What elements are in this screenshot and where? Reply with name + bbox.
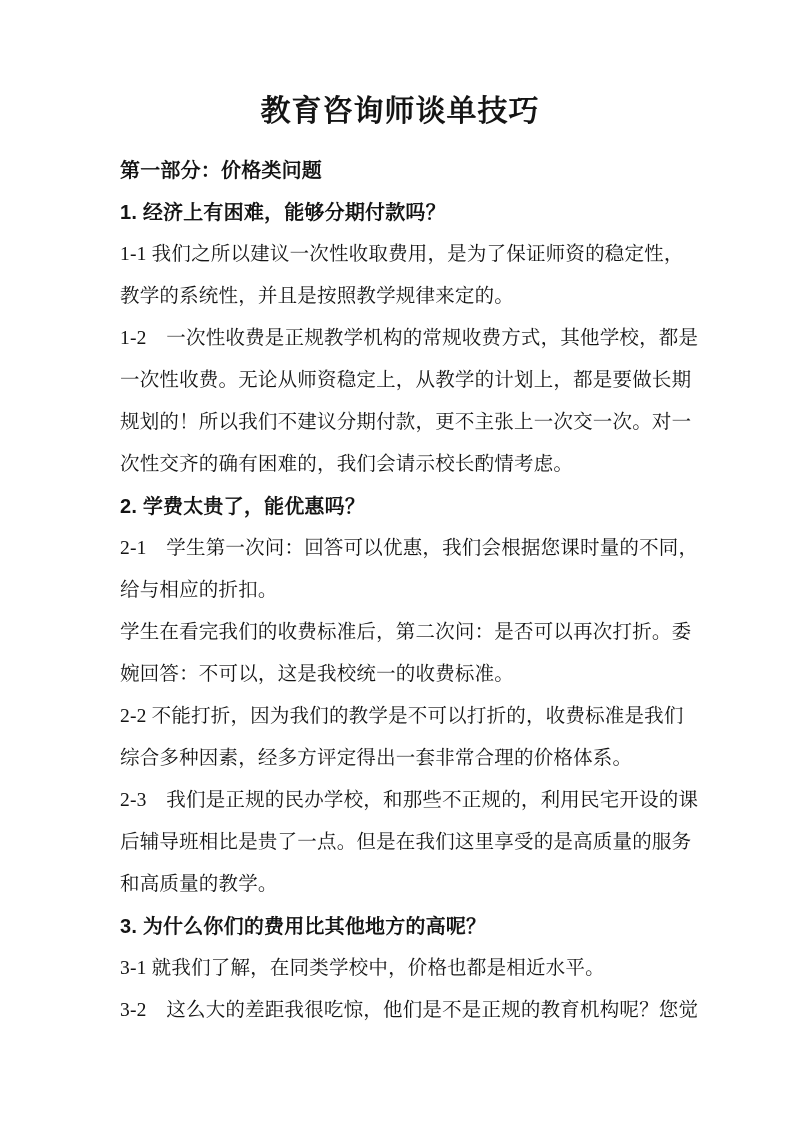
question: 2. 学费太贵了，能优惠吗？ <box>120 486 690 528</box>
section-heading: 第一部分：价格类问题 <box>120 150 690 192</box>
paragraph: 3-1 就我们了解，在同类学校中，价格也都是相近水平。 <box>120 948 690 990</box>
text-line: 给与相应的折扣。 <box>120 570 690 612</box>
question: 3. 为什么你们的费用比其他地方的高呢？ <box>120 906 690 948</box>
text-line: 综合多种因素，经多方评定得出一套非常合理的价格体系。 <box>120 738 690 780</box>
paragraph: 2-2 不能打折，因为我们的教学是不可以打折的，收费标准是我们综合多种因素，经多… <box>120 696 690 780</box>
document-title: 教育咨询师谈单技巧 <box>110 88 690 136</box>
text-line: 一次性收费。无论从师资稳定上，从教学的计划上，都是要做长期 <box>120 360 690 402</box>
text-line: 2-1 学生第一次问：回答可以优惠，我们会根据您课时量的不同， <box>120 528 690 570</box>
text-line: 婉回答：不可以，这是我校统一的收费标准。 <box>120 654 690 696</box>
paragraph: 3-2 这么大的差距我很吃惊，他们是不是正规的教育机构呢？您觉 <box>120 990 690 1032</box>
text-line: 教育咨询师谈单技巧 <box>110 88 690 136</box>
paragraph: 2-1 学生第一次问：回答可以优惠，我们会根据您课时量的不同，给与相应的折扣。 <box>120 528 690 612</box>
paragraph: 1-1 我们之所以建议一次性收取费用，是为了保证师资的稳定性，教学的系统性，并且… <box>120 234 690 318</box>
question: 1. 经济上有困难，能够分期付款吗？ <box>120 192 690 234</box>
text-line: 和高质量的教学。 <box>120 864 690 906</box>
document-content: 教育咨询师谈单技巧第一部分：价格类问题1. 经济上有困难，能够分期付款吗？1-1… <box>0 0 800 1032</box>
text-line: 3-1 就我们了解，在同类学校中，价格也都是相近水平。 <box>120 948 690 990</box>
paragraph: 学生在看完我们的收费标准后，第二次问：是否可以再次打折。委婉回答：不可以，这是我… <box>120 612 690 696</box>
text-line: 规划的！所以我们不建议分期付款，更不主张上一次交一次。对一 <box>120 402 690 444</box>
text-line: 次性交齐的确有困难的，我们会请示校长酌情考虑。 <box>120 444 690 486</box>
text-line: 2-3 我们是正规的民办学校，和那些不正规的，利用民宅开设的课 <box>120 780 690 822</box>
text-line: 学生在看完我们的收费标准后，第二次问：是否可以再次打折。委 <box>120 612 690 654</box>
text-line: 3. 为什么你们的费用比其他地方的高呢？ <box>120 906 690 948</box>
paragraph: 1-2 一次性收费是正规教学机构的常规收费方式，其他学校，都是一次性收费。无论从… <box>120 318 690 486</box>
text-line: 2. 学费太贵了，能优惠吗？ <box>120 486 690 528</box>
text-line: 教学的系统性，并且是按照教学规律来定的。 <box>120 276 690 318</box>
text-line: 1-1 我们之所以建议一次性收取费用，是为了保证师资的稳定性， <box>120 234 690 276</box>
text-line: 1-2 一次性收费是正规教学机构的常规收费方式，其他学校，都是 <box>120 318 690 360</box>
paragraph: 2-3 我们是正规的民办学校，和那些不正规的，利用民宅开设的课后辅导班相比是贵了… <box>120 780 690 906</box>
text-line: 1. 经济上有困难，能够分期付款吗？ <box>120 192 690 234</box>
text-line: 后辅导班相比是贵了一点。但是在我们这里享受的是高质量的服务 <box>120 822 690 864</box>
text-line: 3-2 这么大的差距我很吃惊，他们是不是正规的教育机构呢？您觉 <box>120 990 690 1032</box>
text-line: 2-2 不能打折，因为我们的教学是不可以打折的，收费标准是我们 <box>120 696 690 738</box>
text-line: 第一部分：价格类问题 <box>120 150 690 192</box>
document-page: 教育咨询师谈单技巧第一部分：价格类问题1. 经济上有困难，能够分期付款吗？1-1… <box>0 0 800 1132</box>
